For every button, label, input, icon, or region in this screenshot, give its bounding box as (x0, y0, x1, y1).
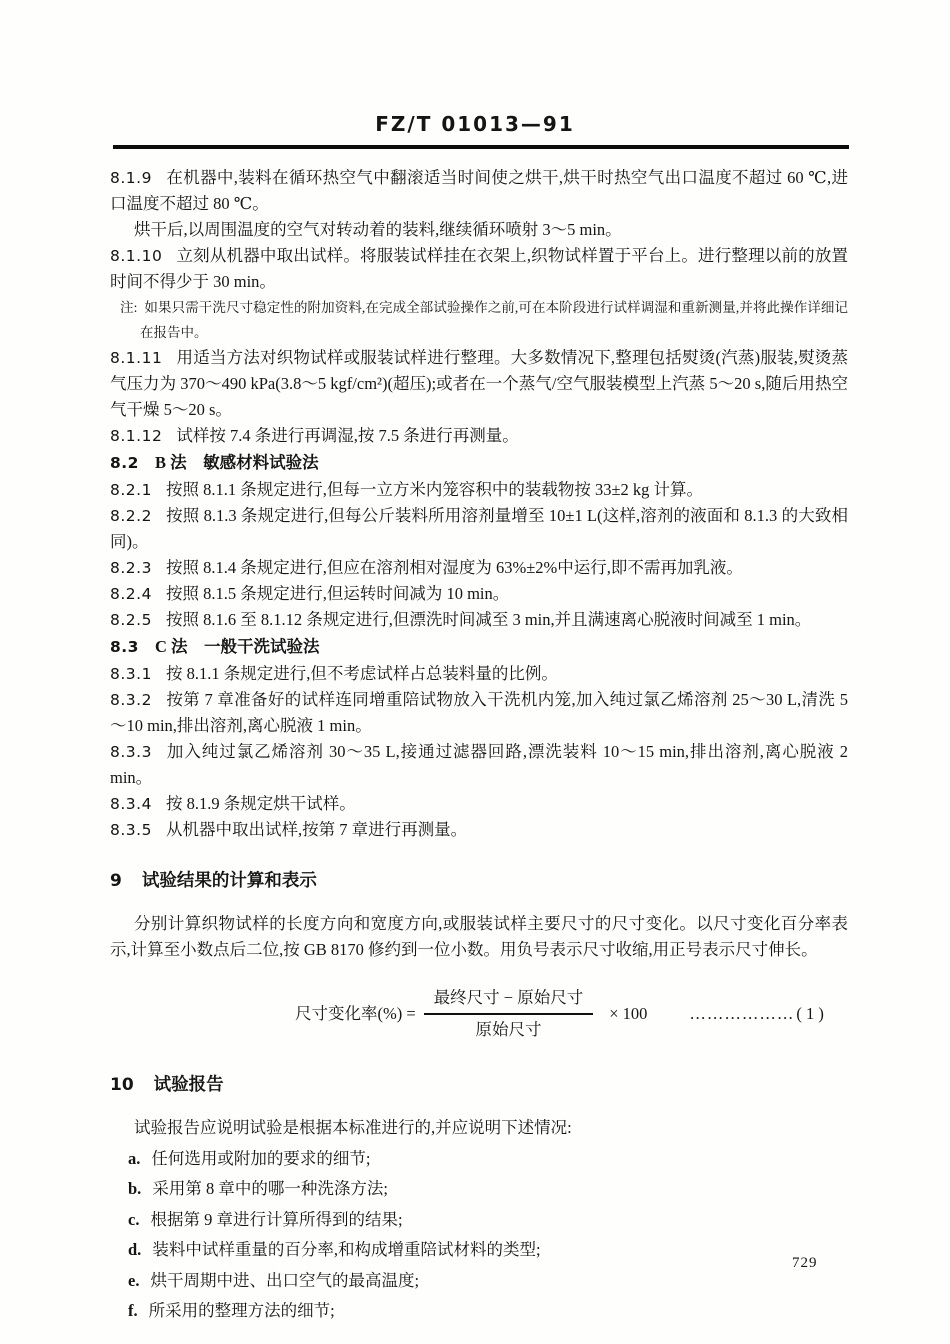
clause-8-1-10: 8.1.10立刻从机器中取出试样。将服装试样挂在衣架上,织物试样置于平台上。进行… (110, 243, 848, 295)
clause-8-3-1: 8.3.1按 8.1.1 条规定进行,但不考虑试样占总装料量的比例。 (110, 661, 848, 687)
formula-denominator: 原始尺寸 (424, 1015, 594, 1041)
clause-8-3-4: 8.3.4按 8.1.9 条规定烘干试样。 (110, 791, 848, 817)
clause-8-2-4: 8.2.4按照 8.1.5 条规定进行,但运转时间减为 10 min。 (110, 581, 848, 607)
clause-number: 8.3.2 (110, 691, 152, 709)
heading-number: 8.2 (110, 454, 139, 472)
clause-number: 8.2.2 (110, 507, 152, 525)
note-paragraph: 注:如果只需干洗尺寸稳定性的附加资料,在完成全部试验操作之前,可在本阶段进行试样… (110, 295, 848, 345)
clause-text: 按 8.1.1 条规定进行,但不考虑试样占总装料量的比例。 (166, 664, 558, 683)
clause-number: 8.3.4 (110, 795, 152, 813)
clause-8-1-9: 8.1.9在机器中,装料在循环热空气中翻滚适当时间使之烘干,烘干时热空气出口温度… (110, 165, 848, 217)
formula-fraction: 最终尺寸 − 原始尺寸 原始尺寸 (424, 987, 594, 1041)
clause-text: 按照 8.1.1 条规定进行,但每一立方米内笼容积中的装载物按 33±2 kg … (166, 480, 703, 499)
item-text: 采用第 8 章中的哪一种洗涤方法; (152, 1179, 388, 1198)
formula-lhs: 尺寸变化率(%) = (295, 1003, 416, 1025)
item-text: 装料中试样重量的百分率,和构成增重陪试材料的类型; (152, 1240, 540, 1259)
report-item-c: c.根据第 9 章进行计算所得到的结果; (110, 1207, 848, 1233)
report-item-f: f.所采用的整理方法的细节; (110, 1298, 848, 1324)
clause-text: 试样按 7.4 条进行再调湿,按 7.5 条进行再测量。 (176, 426, 518, 445)
item-text: 任何选用或附加的要求的细节; (151, 1149, 370, 1168)
clause-text: 按照 8.1.4 条规定进行,但应在溶剂相对湿度为 63%±2%中运行,即不需再… (166, 558, 743, 577)
clause-number: 8.2.5 (110, 611, 152, 629)
section-title: 试验报告 (154, 1074, 224, 1094)
heading-method-c: 8.3C 法 一般干洗试验法 (110, 634, 848, 660)
clause-8-2-2: 8.2.2按照 8.1.3 条规定进行,但每公斤装料所用溶剂量增至 10±1 L… (110, 503, 848, 555)
clause-number: 8.1.9 (110, 169, 152, 187)
section-9-heading: 9试验结果的计算和表示 (110, 867, 848, 894)
paragraph-drying-followup: 烘干后,以周围温度的空气对转动着的装料,继续循环喷射 3～5 min。 (110, 217, 848, 243)
item-letter: b. (128, 1179, 141, 1198)
clause-8-3-3: 8.3.3加入纯过氯乙烯溶剂 30～35 L,接通过滤器回路,漂洗装料 10～1… (110, 739, 848, 791)
item-letter: e. (128, 1271, 139, 1290)
clause-8-2-1: 8.2.1按照 8.1.1 条规定进行,但每一立方米内笼容积中的装载物按 33±… (110, 477, 848, 503)
section-10-heading: 10试验报告 (110, 1071, 848, 1098)
section-9-paragraph: 分别计算织物试样的长度方向和宽度方向,或服装试样主要尺寸的尺寸变化。以尺寸变化百… (110, 911, 848, 963)
clause-text: 从机器中取出试样,按第 7 章进行再测量。 (166, 820, 467, 839)
clause-text: 加入纯过氯乙烯溶剂 30～35 L,接通过滤器回路,漂洗装料 10～15 min… (110, 742, 848, 787)
item-text: 根据第 9 章进行计算所得到的结果; (150, 1210, 402, 1229)
report-item-a: a.任何选用或附加的要求的细节; (110, 1146, 848, 1172)
heading-text: B 法 敏感材料试验法 (155, 453, 319, 472)
formula-dimensional-change: 尺寸变化率(%) = 最终尺寸 − 原始尺寸 原始尺寸 × 100 ………………… (295, 987, 848, 1041)
item-text: 烘干周期中进、出口空气的最高温度; (150, 1271, 419, 1290)
clause-number: 8.3.3 (110, 743, 152, 761)
section-10-paragraph: 试验报告应说明试验是根据本标准进行的,并应说明下述情况: (110, 1115, 848, 1141)
standard-code-header: FZ/T 01013—91 (0, 0, 950, 136)
report-item-b: b.采用第 8 章中的哪一种洗涤方法; (110, 1176, 848, 1202)
clause-text: 按照 8.1.3 条规定进行,但每公斤装料所用溶剂量增至 10±1 L(这样,溶… (110, 506, 848, 551)
note-label: 注: (120, 300, 137, 315)
clause-text: 按照 8.1.5 条规定进行,但运转时间减为 10 min。 (166, 584, 509, 603)
formula-multiplier: × 100 (609, 1003, 647, 1025)
item-letter: a. (128, 1149, 140, 1168)
heading-number: 8.3 (110, 638, 139, 656)
formula-equation-number: ( 1 ) (796, 1003, 824, 1025)
formula-numerator: 最终尺寸 − 原始尺寸 (424, 987, 594, 1015)
section-number: 10 (110, 1075, 134, 1095)
clause-8-2-3: 8.2.3按照 8.1.4 条规定进行,但应在溶剂相对湿度为 63%±2%中运行… (110, 555, 848, 581)
clause-text: 在机器中,装料在循环热空气中翻滚适当时间使之烘干,烘干时热空气出口温度不超过 6… (110, 168, 848, 213)
clause-8-1-12: 8.1.12试样按 7.4 条进行再调湿,按 7.5 条进行再测量。 (110, 423, 848, 449)
clause-number: 8.1.12 (110, 427, 162, 445)
item-letter: c. (128, 1210, 139, 1229)
item-text: 所采用的整理方法的细节; (149, 1301, 335, 1320)
clause-text: 按 8.1.9 条规定烘干试样。 (166, 794, 356, 813)
clause-8-3-2: 8.3.2按第 7 章准备好的试样连同增重陪试物放入干洗机内笼,加入纯过氯乙烯溶… (110, 687, 848, 739)
clause-number: 8.2.3 (110, 559, 152, 577)
document-body: 8.1.9在机器中,装料在循环热空气中翻滚适当时间使之烘干,烘干时热空气出口温度… (0, 149, 950, 1324)
section-10: 10试验报告 试验报告应说明试验是根据本标准进行的,并应说明下述情况: a.任何… (110, 1071, 848, 1324)
clause-text: 用适当方法对织物试样或服装试样进行整理。大多数情况下,整理包括熨烫(汽蒸)服装,… (110, 348, 848, 419)
clause-8-1-11: 8.1.11用适当方法对织物试样或服装试样进行整理。大多数情况下,整理包括熨烫(… (110, 345, 848, 423)
item-letter: d. (128, 1240, 141, 1259)
clause-number: 8.2.1 (110, 481, 152, 499)
clause-number: 8.1.11 (110, 349, 162, 367)
clause-text: 立刻从机器中取出试样。将服装试样挂在衣架上,织物试样置于平台上。进行整理以前的放… (110, 246, 848, 291)
clause-number: 8.1.10 (110, 247, 162, 265)
section-number: 9 (110, 871, 122, 891)
clause-text: 按照 8.1.6 至 8.1.12 条规定进行,但漂洗时间减至 3 min,并且… (166, 610, 811, 629)
section-title: 试验结果的计算和表示 (142, 870, 317, 890)
document-page: FZ/T 01013—91 8.1.9在机器中,装料在循环热空气中翻滚适当时间使… (0, 0, 950, 1344)
clause-8-3-5: 8.3.5从机器中取出试样,按第 7 章进行再测量。 (110, 817, 848, 843)
report-item-e: e.烘干周期中进、出口空气的最高温度; (110, 1268, 848, 1294)
clause-number: 8.3.5 (110, 821, 152, 839)
report-item-d: d.装料中试样重量的百分率,和构成增重陪试材料的类型; (110, 1237, 848, 1263)
standard-code: FZ/T 01013—91 (375, 112, 575, 136)
clause-8-2-5: 8.2.5按照 8.1.6 至 8.1.12 条规定进行,但漂洗时间减至 3 m… (110, 607, 848, 633)
clause-number: 8.3.1 (110, 665, 152, 683)
heading-method-b: 8.2B 法 敏感材料试验法 (110, 450, 848, 476)
page-number: 729 (792, 1255, 818, 1272)
item-letter: f. (128, 1301, 138, 1320)
formula-dotted-leader: ……………… (689, 1003, 794, 1025)
heading-text: C 法 一般干洗试验法 (155, 637, 320, 656)
note-text: 如果只需干洗尺寸稳定性的附加资料,在完成全部试验操作之前,可在本阶段进行试样调湿… (140, 300, 848, 340)
clause-number: 8.2.4 (110, 585, 152, 603)
section-9: 9试验结果的计算和表示 分别计算织物试样的长度方向和宽度方向,或服装试样主要尺寸… (110, 867, 848, 1041)
clause-text: 按第 7 章准备好的试样连同增重陪试物放入干洗机内笼,加入纯过氯乙烯溶剂 25～… (110, 690, 848, 735)
